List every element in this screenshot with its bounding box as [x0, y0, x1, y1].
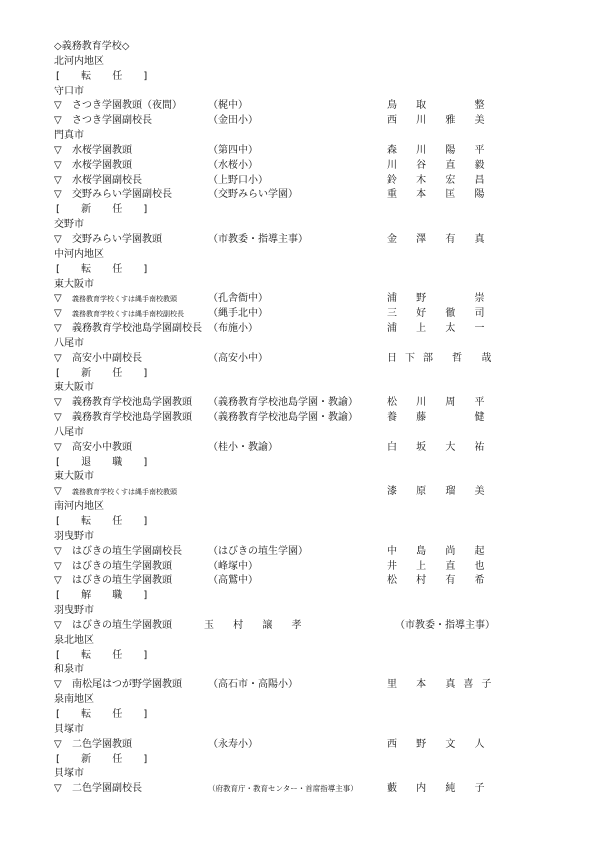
section-heading: 羽曳野市	[54, 604, 554, 619]
heading-text: 貝塚市	[54, 723, 84, 738]
heading-text: 泉北地区	[54, 634, 94, 649]
person-name: 金 澤 有 真	[387, 233, 493, 248]
triangle-marker-icon: ▽	[54, 188, 62, 203]
category-label: [ 新 任 ]	[54, 203, 554, 218]
triangle-marker-icon: ▽	[54, 99, 62, 114]
section-heading: 南河内地区	[54, 500, 554, 515]
section-heading: 東大阪市	[54, 278, 554, 293]
personnel-entry: ▽義務教育学校くすは縄手南校副校長（縄手北中）三 好 徹 司	[54, 307, 554, 322]
person-name: 西 野 文 人	[387, 738, 493, 753]
category-text: [ 解 職 ]	[56, 589, 156, 604]
previous-post: （義務教育学校池島学園・教諭）	[208, 396, 358, 411]
triangle-marker-icon: ▽	[54, 441, 62, 456]
section-heading: 和泉市	[54, 663, 554, 678]
person-name: 里 本 真喜子	[387, 678, 499, 693]
section-heading: 守口市	[54, 85, 554, 100]
previous-post: （桂小・教諭）	[208, 441, 278, 456]
person-name: 漆 原 瑠 美	[387, 485, 493, 500]
person-name: 中 島 尚 起	[387, 545, 493, 560]
personnel-entry: ▽水桜学園教頭（第四中）森 川 陽 平	[54, 144, 554, 159]
position-title: 水桜学園教頭	[72, 159, 132, 174]
person-name: 松 村 有 希	[387, 574, 493, 589]
section-heading: 東大阪市	[54, 470, 554, 485]
triangle-marker-icon: ▽	[54, 174, 62, 189]
triangle-marker-icon: ▽	[54, 292, 62, 307]
position-title: 高安小中教頭	[72, 441, 132, 456]
position-title: 水桜学園教頭	[72, 144, 132, 159]
heading-text: 和泉市	[54, 663, 84, 678]
document-title: ◇義務教育学校◇	[54, 40, 554, 55]
heading-text: 羽曳野市	[54, 604, 94, 619]
personnel-entry: ▽義務教育学校くすは縄手南校教頭（孔舎衙中）浦 野 崇	[54, 292, 554, 307]
person-name: 日下部 哲 哉	[387, 352, 499, 367]
personnel-entry: ▽義務教育学校池島学園教頭（義務教育学校池島学園・教諭）松 川 周 平	[54, 396, 554, 411]
position-title: さつき学園教頭（夜間）	[72, 99, 182, 114]
person-name: 玉 村 譲 孝	[204, 619, 310, 634]
section-heading: 羽曳野市	[54, 530, 554, 545]
triangle-marker-icon: ▽	[54, 396, 62, 411]
document-page: ◇義務教育学校◇北河内地区[ 転 任 ]守口市▽さつき学園教頭（夜間）（梶中）鳥…	[54, 40, 554, 797]
personnel-entry: ▽はびきの埴生学園教頭（峰塚中）井 上 直 也	[54, 560, 554, 575]
category-text: [ 転 任 ]	[56, 649, 156, 664]
previous-post: （梶中）	[208, 99, 248, 114]
section-heading: 貝塚市	[54, 723, 554, 738]
personnel-entry: ▽高安小中教頭（桂小・教諭）白 坂 大 祐	[54, 441, 554, 456]
triangle-marker-icon: ▽	[54, 411, 62, 426]
position-title: 水桜学園副校長	[72, 174, 142, 189]
heading-text: ◇義務教育学校◇	[54, 40, 129, 55]
personnel-entry: ▽義務教育学校池島学園教頭（義務教育学校池島学園・教諭）養 藤 健	[54, 411, 554, 426]
category-label: [ 新 任 ]	[54, 367, 554, 382]
triangle-marker-icon: ▽	[54, 114, 62, 129]
personnel-entry: ▽交野みらい学園教頭（市教委・指導主事）金 澤 有 真	[54, 233, 554, 248]
position-title: 二色学園副校長	[72, 782, 142, 797]
personnel-entry: ▽はびきの埴生学園副校長（はびきの埴生学園）中 島 尚 起	[54, 545, 554, 560]
triangle-marker-icon: ▽	[54, 485, 62, 500]
category-label: [ 解 職 ]	[54, 589, 554, 604]
previous-post: （第四中）	[208, 144, 258, 159]
heading-text: 門真市	[54, 129, 84, 144]
position-title: はびきの埴生学園副校長	[72, 545, 182, 560]
section-heading: 交野市	[54, 218, 554, 233]
category-label: [ 転 任 ]	[54, 263, 554, 278]
section-heading: 八尾市	[54, 337, 554, 352]
category-label: [ 転 任 ]	[54, 708, 554, 723]
person-name: 鳥 取 整	[387, 99, 493, 114]
section-heading: 泉北地区	[54, 634, 554, 649]
personnel-entry: ▽南松尾はつが野学園教頭（高石市・高陽小）里 本 真喜子	[54, 678, 554, 693]
heading-text: 守口市	[54, 85, 84, 100]
position-title: はびきの埴生学園教頭	[72, 560, 172, 575]
position-title: はびきの埴生学園教頭	[72, 619, 172, 634]
person-name: 浦 野 崇	[387, 292, 493, 307]
previous-post: （義務教育学校池島学園・教諭）	[208, 411, 358, 426]
heading-text: 東大阪市	[54, 278, 94, 293]
person-name: 西 川 雅 美	[387, 114, 493, 129]
position-title: さつき学園副校長	[72, 114, 152, 129]
position-title: はびきの埴生学園教頭	[72, 574, 172, 589]
triangle-marker-icon: ▽	[54, 560, 62, 575]
person-name: 井 上 直 也	[387, 560, 493, 575]
position-title: 二色学園教頭	[72, 738, 132, 753]
previous-post: （はびきの埴生学園）	[208, 545, 308, 560]
personnel-entry: ▽高安小中副校長（高安小中）日下部 哲 哉	[54, 352, 554, 367]
triangle-marker-icon: ▽	[54, 738, 62, 753]
person-name: 川 谷 直 毅	[387, 159, 493, 174]
previous-post: （水桜小）	[208, 159, 258, 174]
heading-text: 交野市	[54, 218, 84, 233]
personnel-entry: ▽交野みらい学園副校長（交野みらい学園）重 本 匡 陽	[54, 188, 554, 203]
position-title: 交野みらい学園教頭	[72, 233, 162, 248]
category-text: [ 転 任 ]	[56, 263, 156, 278]
previous-post: （高安小中）	[208, 352, 268, 367]
heading-text: 東大阪市	[54, 470, 94, 485]
previous-post: （高石市・高陽小）	[208, 678, 298, 693]
triangle-marker-icon: ▽	[54, 574, 62, 589]
personnel-entry: ▽はびきの埴生学園教頭玉 村 譲 孝（市教委・指導主事）	[54, 619, 554, 634]
person-name: 藪 内 純 子	[387, 782, 493, 797]
triangle-marker-icon: ▽	[54, 144, 62, 159]
position-title: 高安小中副校長	[72, 352, 142, 367]
personnel-entry: ▽水桜学園副校長（上野口小）鈴 木 宏 昌	[54, 174, 554, 189]
heading-text: 中河内地区	[54, 248, 104, 263]
person-name: 鈴 木 宏 昌	[387, 174, 493, 189]
category-text: [ 新 任 ]	[56, 203, 156, 218]
heading-text: 八尾市	[54, 337, 84, 352]
position-title: 義務教育学校くすは縄手南校教頭	[72, 292, 177, 307]
position-title: 義務教育学校池島学園教頭	[72, 411, 192, 426]
previous-post: （縄手北中）	[208, 307, 268, 322]
heading-text: 泉南地区	[54, 693, 94, 708]
category-text: [ 新 任 ]	[56, 367, 156, 382]
personnel-entry: ▽義務教育学校くすは縄手南校教頭漆 原 瑠 美	[54, 485, 554, 500]
section-heading: 門真市	[54, 129, 554, 144]
section-heading: 中河内地区	[54, 248, 554, 263]
category-label: [ 新 任 ]	[54, 753, 554, 768]
position-title: 義務教育学校池島学園教頭	[72, 396, 192, 411]
heading-text: 南河内地区	[54, 500, 104, 515]
position-title: 義務教育学校くすは縄手南校副校長	[72, 307, 184, 322]
category-text: [ 退 職 ]	[56, 456, 156, 471]
triangle-marker-icon: ▽	[54, 322, 62, 337]
heading-text: 東大阪市	[54, 381, 94, 396]
previous-post: （高鷲中）	[208, 574, 258, 589]
person-name: 重 本 匡 陽	[387, 188, 493, 203]
position-title: 交野みらい学園副校長	[72, 188, 172, 203]
category-label: [ 退 職 ]	[54, 456, 554, 471]
category-label: [ 転 任 ]	[54, 649, 554, 664]
category-text: [ 転 任 ]	[56, 515, 156, 530]
category-label: [ 転 任 ]	[54, 515, 554, 530]
previous-post: （府教育庁・教育センター・首席指導主事）	[208, 782, 358, 797]
previous-post: （峰塚中）	[208, 560, 258, 575]
personnel-entry: ▽さつき学園教頭（夜間）（梶中）鳥 取 整	[54, 99, 554, 114]
heading-text: 羽曳野市	[54, 530, 94, 545]
previous-post: （市教委・指導主事）	[208, 233, 308, 248]
heading-text: 八尾市	[54, 426, 84, 441]
triangle-marker-icon: ▽	[54, 233, 62, 248]
category-text: [ 転 任 ]	[56, 70, 156, 85]
new-post: （市教委・指導主事）	[395, 619, 495, 634]
personnel-entry: ▽水桜学園教頭（水桜小）川 谷 直 毅	[54, 159, 554, 174]
person-name: 養 藤 健	[387, 411, 493, 426]
previous-post: （布施小）	[208, 322, 258, 337]
position-title: 義務教育学校くすは縄手南校教頭	[72, 485, 177, 500]
position-title: 義務教育学校池島学園副校長	[72, 322, 202, 337]
triangle-marker-icon: ▽	[54, 782, 62, 797]
triangle-marker-icon: ▽	[54, 159, 62, 174]
previous-post: （交野みらい学園）	[208, 188, 298, 203]
person-name: 三 好 徹 司	[387, 307, 493, 322]
section-heading: 泉南地区	[54, 693, 554, 708]
previous-post: （金田小）	[208, 114, 258, 129]
category-text: [ 転 任 ]	[56, 708, 156, 723]
previous-post: （永寿小）	[208, 738, 258, 753]
section-heading: 北河内地区	[54, 55, 554, 70]
person-name: 白 坂 大 祐	[387, 441, 493, 456]
category-text: [ 新 任 ]	[56, 753, 156, 768]
previous-post: （上野口小）	[208, 174, 268, 189]
heading-text: 北河内地区	[54, 55, 104, 70]
previous-post: （孔舎衙中）	[208, 292, 268, 307]
personnel-entry: ▽二色学園教頭（永寿小）西 野 文 人	[54, 738, 554, 753]
section-heading: 八尾市	[54, 426, 554, 441]
person-name: 森 川 陽 平	[387, 144, 493, 159]
triangle-marker-icon: ▽	[54, 678, 62, 693]
triangle-marker-icon: ▽	[54, 352, 62, 367]
category-label: [ 転 任 ]	[54, 70, 554, 85]
triangle-marker-icon: ▽	[54, 307, 62, 322]
personnel-entry: ▽義務教育学校池島学園副校長（布施小）浦 上 太 一	[54, 322, 554, 337]
heading-text: 貝塚市	[54, 767, 84, 782]
person-name: 浦 上 太 一	[387, 322, 493, 337]
personnel-entry: ▽さつき学園副校長（金田小）西 川 雅 美	[54, 114, 554, 129]
section-heading: 東大阪市	[54, 381, 554, 396]
personnel-entry: ▽はびきの埴生学園教頭（高鷲中）松 村 有 希	[54, 574, 554, 589]
personnel-entry: ▽二色学園副校長（府教育庁・教育センター・首席指導主事）藪 内 純 子	[54, 782, 554, 797]
position-title: 南松尾はつが野学園教頭	[72, 678, 182, 693]
triangle-marker-icon: ▽	[54, 619, 62, 634]
section-heading: 貝塚市	[54, 767, 554, 782]
person-name: 松 川 周 平	[387, 396, 493, 411]
triangle-marker-icon: ▽	[54, 545, 62, 560]
